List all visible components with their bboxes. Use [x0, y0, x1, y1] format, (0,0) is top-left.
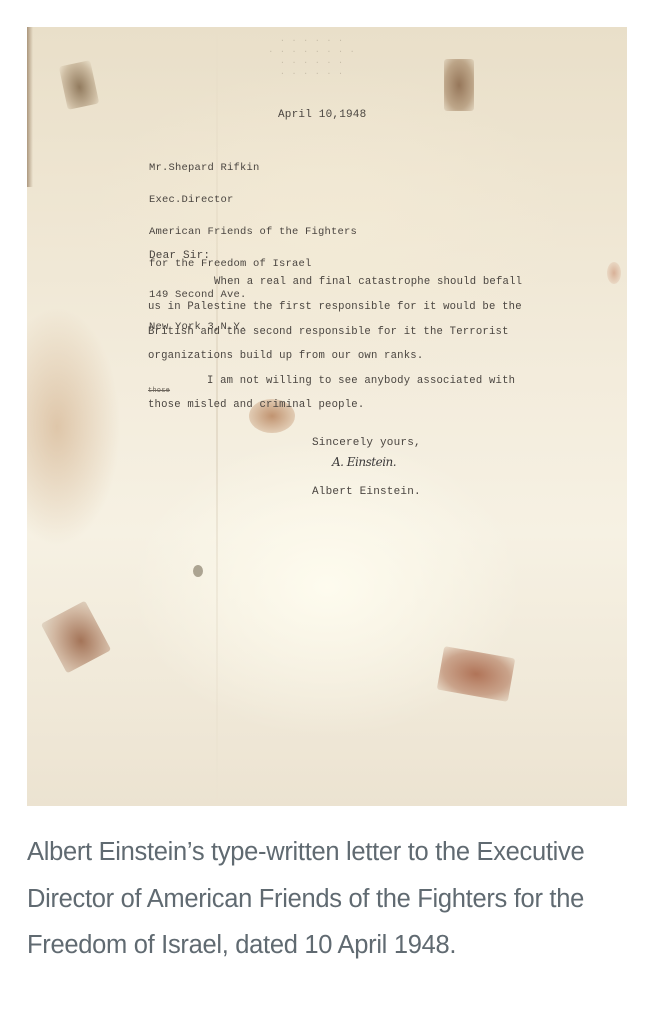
closing: Sincerely yours, [312, 437, 421, 449]
tape-stain [59, 60, 99, 110]
stain-spot [607, 262, 621, 284]
letter-date: April 10,1948 [278, 109, 366, 121]
body-line: us in Palestine the first responsible fo… [148, 301, 522, 313]
letter-image: · · · · · · · · · · · · · · · · · · · · … [27, 27, 627, 806]
body-line: British and the second responsible for i… [148, 326, 509, 338]
tape-stain [41, 601, 111, 674]
recipient-address: Mr.Shepard Rifkin Exec.Director American… [149, 142, 357, 354]
signature: A. Einstein. [332, 455, 396, 469]
salutation: Dear Sir: [149, 250, 210, 262]
tape-stain [437, 646, 516, 702]
address-line: Exec.Director [149, 195, 357, 206]
struck-word: those [148, 387, 170, 395]
body-line: When a real and final catastrophe should… [214, 276, 522, 288]
image-caption: Albert Einstein’s type-written letter to… [27, 829, 627, 969]
stain-spot [193, 565, 203, 577]
body-line: those misled and criminal people. [148, 399, 364, 411]
typed-name: Albert Einstein. [312, 486, 421, 498]
body-line: I am not willing to see anybody associat… [207, 375, 515, 387]
tape-stain [444, 59, 474, 111]
address-line: Mr.Shepard Rifkin [149, 163, 357, 174]
body-line: organizations build up from our own rank… [148, 350, 423, 362]
address-line: American Friends of the Fighters [149, 227, 357, 238]
address-line: 149 Second Ave. [149, 290, 357, 301]
faint-letterhead: · · · · · · · · · · · · · · · · · · · · … [247, 35, 377, 79]
